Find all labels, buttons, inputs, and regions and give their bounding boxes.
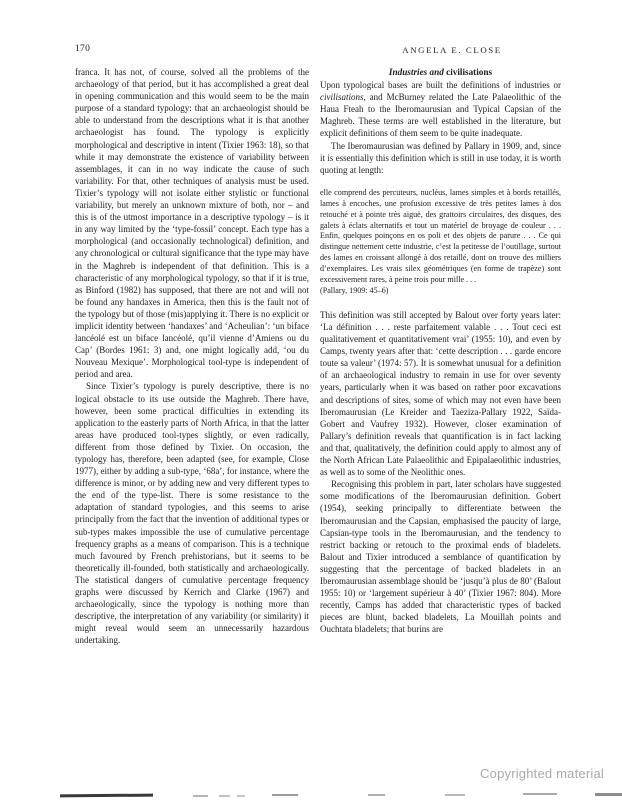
paragraph: Upon typological bases are built the def… bbox=[320, 79, 561, 139]
paragraph: franca. It has not, of course, solved al… bbox=[75, 66, 309, 380]
scan-artifact-dash bbox=[368, 794, 385, 796]
italic-term: civilisations bbox=[320, 92, 364, 102]
block-quote-citation: (Pallary, 1909: 45–6) bbox=[320, 286, 561, 297]
section-heading-italic-part: Industries and bbox=[389, 67, 444, 77]
scan-artifact-dash bbox=[272, 794, 298, 796]
book-page-scan: 170 ANGELA E. CLOSE franca. It has not, … bbox=[0, 0, 622, 800]
scan-artifact-dash bbox=[237, 795, 245, 797]
scan-artifact-dash bbox=[595, 793, 622, 796]
block-quote: elle comprend des percuteurs, nucléus, l… bbox=[320, 188, 561, 297]
paragraph: This definition was still accepted by Ba… bbox=[320, 309, 561, 478]
copyright-watermark: Copyrighted material bbox=[480, 766, 604, 781]
running-head-author: ANGELA E. CLOSE bbox=[402, 45, 502, 55]
scan-artifact-dash bbox=[60, 794, 153, 798]
scan-artifact-dash bbox=[219, 795, 230, 797]
scan-artifact-dash bbox=[445, 794, 465, 796]
column-right: Industries and civilisations Upon typolo… bbox=[320, 66, 561, 647]
section-heading-roman-part: civilisations bbox=[446, 67, 492, 77]
section-heading: Industries and civilisations bbox=[320, 66, 561, 78]
paragraph: The Iberomaurusian was defined by Pallar… bbox=[320, 140, 561, 176]
page-number: 170 bbox=[75, 44, 90, 54]
scan-artifact-dash bbox=[193, 795, 208, 797]
scan-artifact-dash bbox=[523, 793, 557, 795]
paragraph-text: Upon typological bases are built the def… bbox=[320, 80, 561, 90]
text-columns: franca. It has not, of course, solved al… bbox=[75, 66, 561, 647]
column-left: franca. It has not, of course, solved al… bbox=[75, 66, 309, 647]
paragraph: Since Tixier’s typology is purely descri… bbox=[75, 380, 309, 646]
paragraph: Recognising this problem in part, later … bbox=[320, 478, 561, 635]
block-quote-text: elle comprend des percuteurs, nucléus, l… bbox=[320, 188, 561, 286]
